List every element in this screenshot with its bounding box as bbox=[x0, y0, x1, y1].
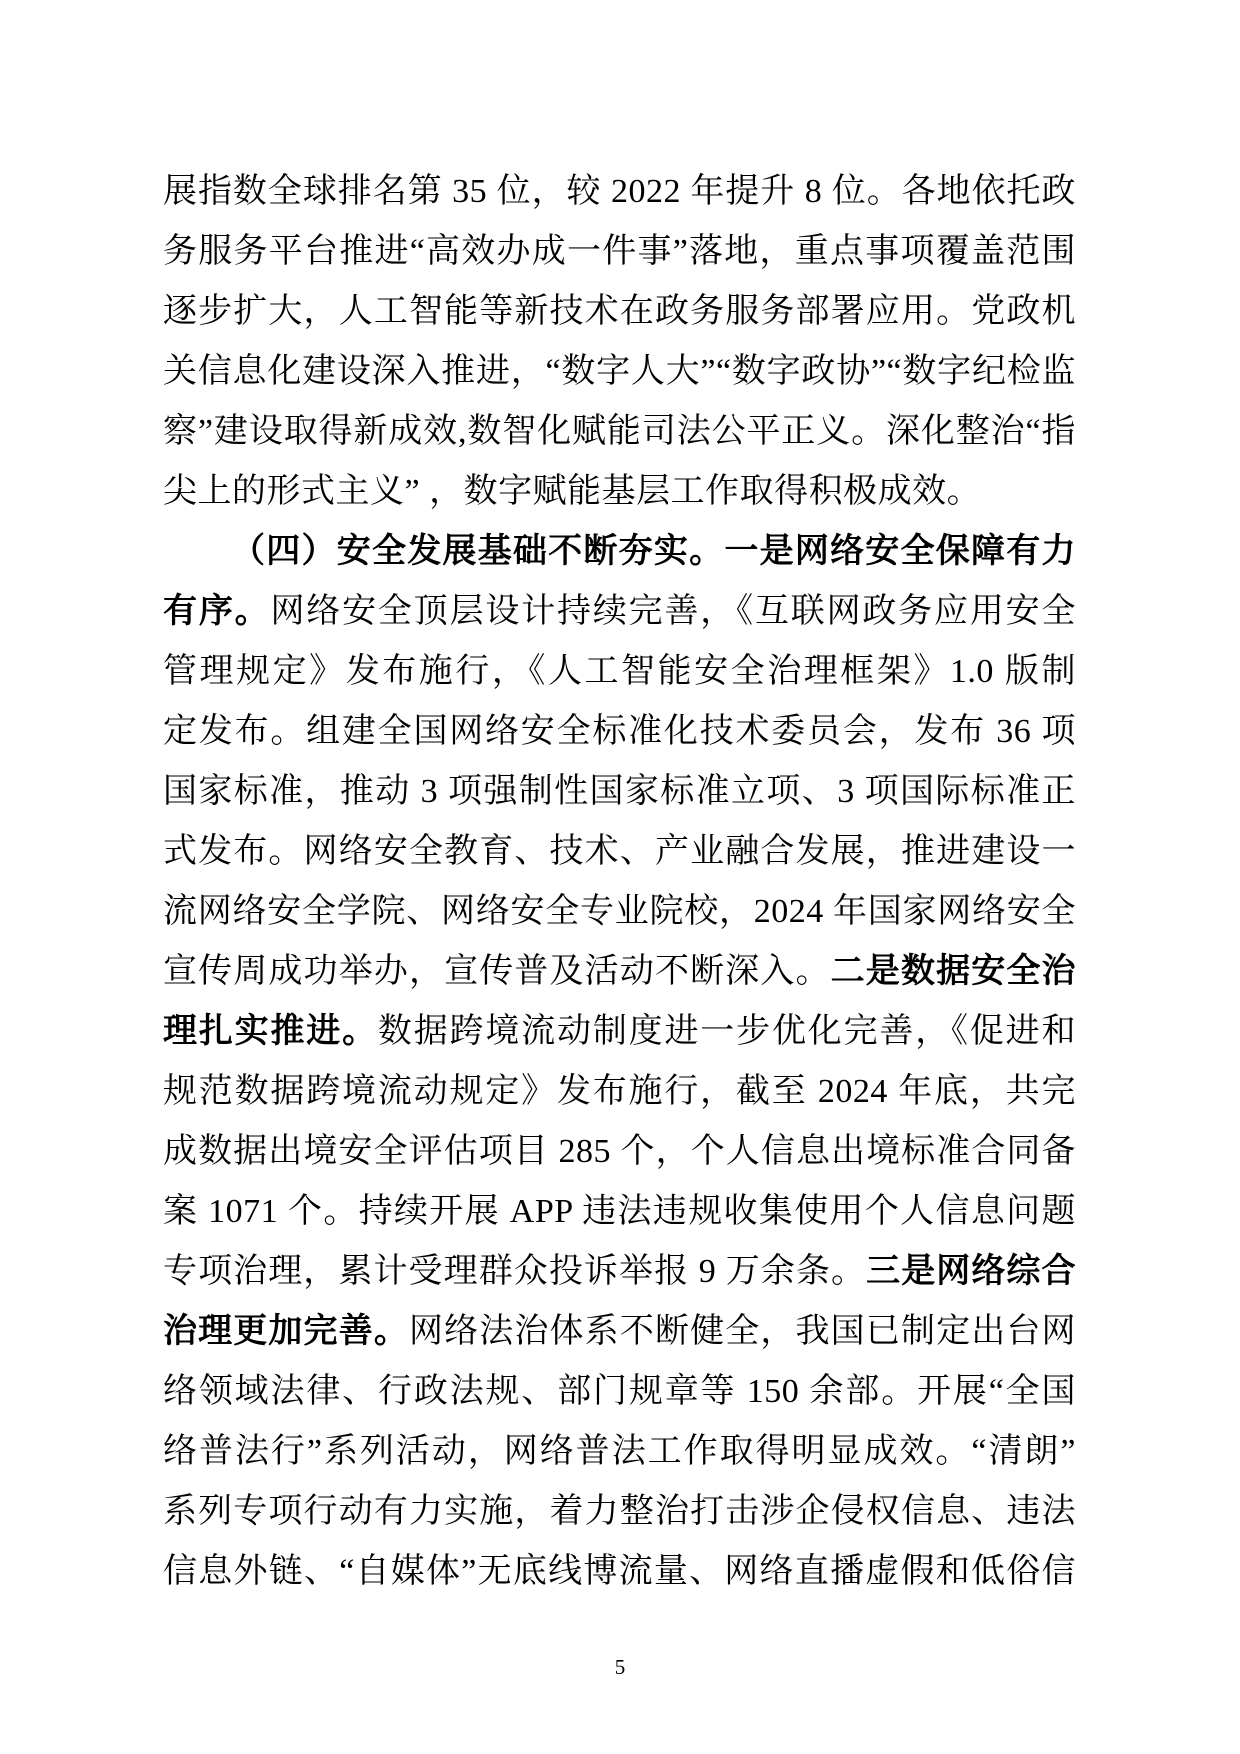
text-segment: 国家标准，推动 3 项强制性国家标准立项、3 项国际标准正 bbox=[163, 773, 1076, 810]
text-line: 络领域法律、行政法规、部门规章等 150 余部。开展“全国网 bbox=[163, 1362, 1076, 1422]
page-number: 5 bbox=[0, 1652, 1240, 1682]
text-segment: 务服务平台推进“高效办成一件事”落地，重点事项覆盖范围 bbox=[163, 233, 1076, 270]
text-segment: 关信息化建设深入推进，“数字人大”“数字政协”“数字纪检监 bbox=[163, 353, 1076, 390]
text-line: 定发布。组建全国网络安全标准化技术委员会，发布 36 项 bbox=[163, 702, 1076, 762]
text-segment: 络领域法律、行政法规、部门规章等 150 余部。开展“全国网 bbox=[163, 1373, 1076, 1422]
text-segment: 管理规定》发布施行，《人工智能安全治理框架》1.0 版制 bbox=[163, 653, 1076, 690]
text-segment: 成数据出境安全评估项目 285 个，个人信息出境标准合同备 bbox=[163, 1133, 1076, 1170]
text-segment: 系列专项行动有力实施，着力整治打击涉企侵权信息、违法 bbox=[163, 1493, 1076, 1530]
text-segment: 逐步扩大，人工智能等新技术在政务服务部署应用。党政机 bbox=[163, 293, 1076, 330]
text-line: 信息外链、“自媒体”无底线博流量、网络直播虚假和低俗信 bbox=[163, 1542, 1076, 1602]
text-line: 规范数据跨境流动规定》发布施行，截至 2024 年底，共完 bbox=[163, 1062, 1076, 1122]
bold-text-segment: 二是数据安全治 bbox=[831, 953, 1076, 990]
text-line: 成数据出境安全评估项目 285 个，个人信息出境标准合同备 bbox=[163, 1122, 1076, 1182]
text-segment: 专项治理，累计受理群众投诉举报 9 万余条。 bbox=[163, 1253, 866, 1290]
text-line: 有序。网络安全顶层设计持续完善，《互联网政务应用安全 bbox=[163, 582, 1076, 642]
bold-text-segment: 三是网络综合 bbox=[866, 1253, 1076, 1290]
text-segment: 展指数全球排名第 35 位，较 2022 年提升 8 位。各地依托政 bbox=[163, 173, 1076, 210]
bold-text-segment: 理扎实推进。 bbox=[163, 1013, 378, 1050]
text-segment: 规范数据跨境流动规定》发布施行，截至 2024 年底，共完 bbox=[163, 1073, 1076, 1110]
bold-text-segment: 有序。 bbox=[163, 593, 270, 630]
text-line: 展指数全球排名第 35 位，较 2022 年提升 8 位。各地依托政 bbox=[163, 162, 1076, 222]
text-line: 国家标准，推动 3 项强制性国家标准立项、3 项国际标准正 bbox=[163, 762, 1076, 822]
text-line: 治理更加完善。网络法治体系不断健全，我国已制定出台网 bbox=[163, 1302, 1076, 1362]
text-segment: 尖上的形式主义” ，数字赋能基层工作取得积极成效。 bbox=[163, 473, 981, 510]
text-line: 式发布。网络安全教育、技术、产业融合发展，推进建设一 bbox=[163, 822, 1076, 882]
text-line: 务服务平台推进“高效办成一件事”落地，重点事项覆盖范围 bbox=[163, 222, 1076, 282]
text-line: 系列专项行动有力实施，着力整治打击涉企侵权信息、违法 bbox=[163, 1482, 1076, 1542]
text-line: 关信息化建设深入推进，“数字人大”“数字政协”“数字纪检监 bbox=[163, 342, 1076, 402]
text-segment: 式发布。网络安全教育、技术、产业融合发展，推进建设一 bbox=[163, 833, 1076, 870]
text-line: 络普法行”系列活动，网络普法工作取得明显成效。“清朗” bbox=[163, 1422, 1076, 1482]
text-segment: 数据跨境流动制度进一步优化完善，《促进和 bbox=[378, 1013, 1076, 1050]
text-segment: 流网络安全学院、网络安全专业院校，2024 年国家网络安全 bbox=[163, 893, 1076, 930]
bold-text-segment: （四）安全发展基础不断夯实。一是网络安全保障有力 bbox=[231, 533, 1076, 570]
text-line: 尖上的形式主义” ，数字赋能基层工作取得积极成效。 bbox=[163, 462, 1076, 522]
text-line: 理扎实推进。数据跨境流动制度进一步优化完善，《促进和 bbox=[163, 1002, 1076, 1062]
text-segment: 察”建设取得新成效,数智化赋能司法公平正义。深化整治“指 bbox=[163, 413, 1076, 450]
text-line: （四）安全发展基础不断夯实。一是网络安全保障有力 bbox=[163, 522, 1076, 582]
text-line: 管理规定》发布施行，《人工智能安全治理框架》1.0 版制 bbox=[163, 642, 1076, 702]
text-line: 专项治理，累计受理群众投诉举报 9 万余条。三是网络综合 bbox=[163, 1242, 1076, 1302]
text-line: 流网络安全学院、网络安全专业院校，2024 年国家网络安全 bbox=[163, 882, 1076, 942]
document-page: 展指数全球排名第 35 位，较 2022 年提升 8 位。各地依托政务服务平台推… bbox=[0, 0, 1240, 1754]
text-segment: 信息外链、“自媒体”无底线博流量、网络直播虚假和低俗信 bbox=[163, 1553, 1076, 1590]
text-segment: 案 1071 个。持续开展 APP 违法违规收集使用个人信息问题 bbox=[163, 1193, 1076, 1230]
text-segment: 网络安全顶层设计持续完善，《互联网政务应用安全 bbox=[270, 593, 1076, 630]
text-segment: 网络法治体系不断健全，我国已制定出台网 bbox=[409, 1313, 1076, 1350]
text-segment: 宣传周成功举办，宣传普及活动不断深入。 bbox=[163, 953, 831, 990]
text-line: 案 1071 个。持续开展 APP 违法违规收集使用个人信息问题 bbox=[163, 1182, 1076, 1242]
text-line: 宣传周成功举办，宣传普及活动不断深入。二是数据安全治 bbox=[163, 942, 1076, 1002]
text-lines: 展指数全球排名第 35 位，较 2022 年提升 8 位。各地依托政务服务平台推… bbox=[163, 162, 1076, 1602]
bold-text-segment: 治理更加完善。 bbox=[163, 1313, 409, 1350]
text-segment: 定发布。组建全国网络安全标准化技术委员会，发布 36 项 bbox=[163, 713, 1076, 750]
text-segment: 络普法行”系列活动，网络普法工作取得明显成效。“清朗” bbox=[163, 1433, 1076, 1470]
text-line: 逐步扩大，人工智能等新技术在政务服务部署应用。党政机 bbox=[163, 282, 1076, 342]
text-line: 察”建设取得新成效,数智化赋能司法公平正义。深化整治“指 bbox=[163, 402, 1076, 462]
